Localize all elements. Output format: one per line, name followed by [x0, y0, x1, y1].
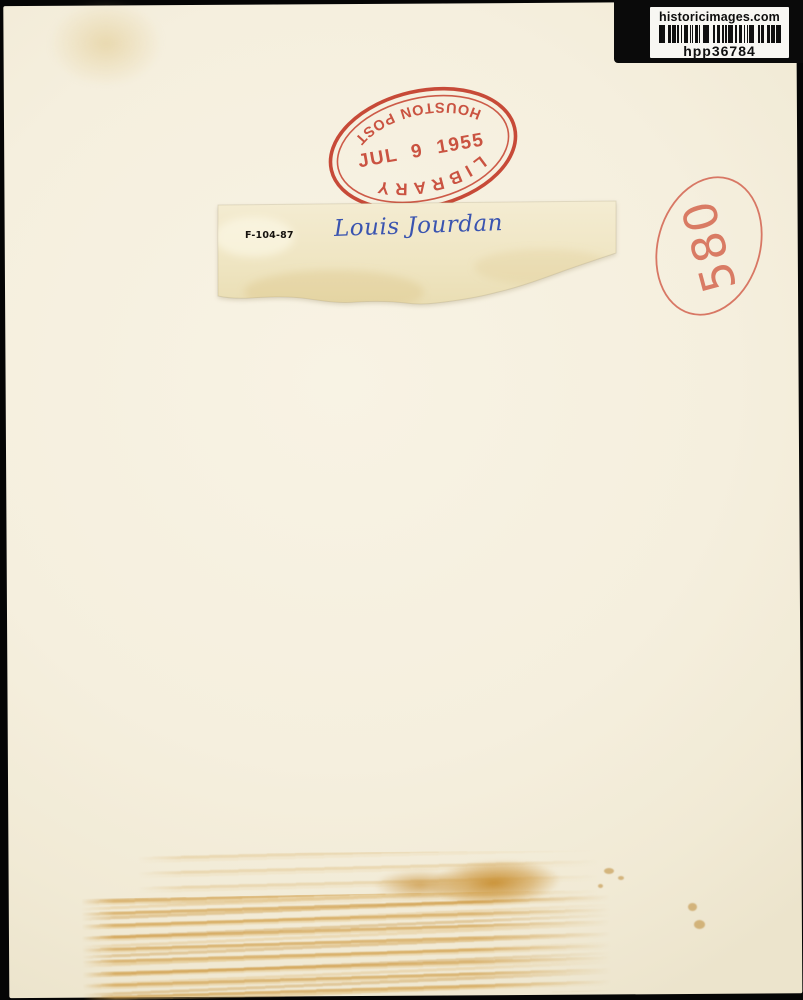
barcode-label: historicimages.com hpp36784 — [650, 7, 789, 58]
photo-back-scan: LIBRARY HOUSTON POST JUL 9 1955 — [0, 0, 803, 1000]
caption-label: F-104-87 Louis Jourdan — [214, 197, 620, 315]
vendor-site-text: historicimages.com — [650, 10, 789, 24]
stain-top-left — [48, 0, 164, 88]
barcode-icon — [659, 25, 781, 43]
stain-speck — [598, 884, 603, 888]
photo-code: F-104-87 — [245, 230, 294, 241]
archive-number-text: 580 — [671, 194, 747, 299]
vendor-barcode-panel: historicimages.com hpp36784 — [614, 0, 803, 63]
stain-speck — [694, 920, 705, 929]
barcode-number: hpp36784 — [650, 43, 789, 59]
stain-streaks — [81, 889, 628, 1000]
stain-speck — [688, 903, 697, 911]
stain-speck — [618, 876, 624, 880]
stain-bottom — [78, 846, 658, 998]
archive-number-annotation: 580 — [645, 166, 777, 330]
stain-speck — [604, 868, 614, 874]
